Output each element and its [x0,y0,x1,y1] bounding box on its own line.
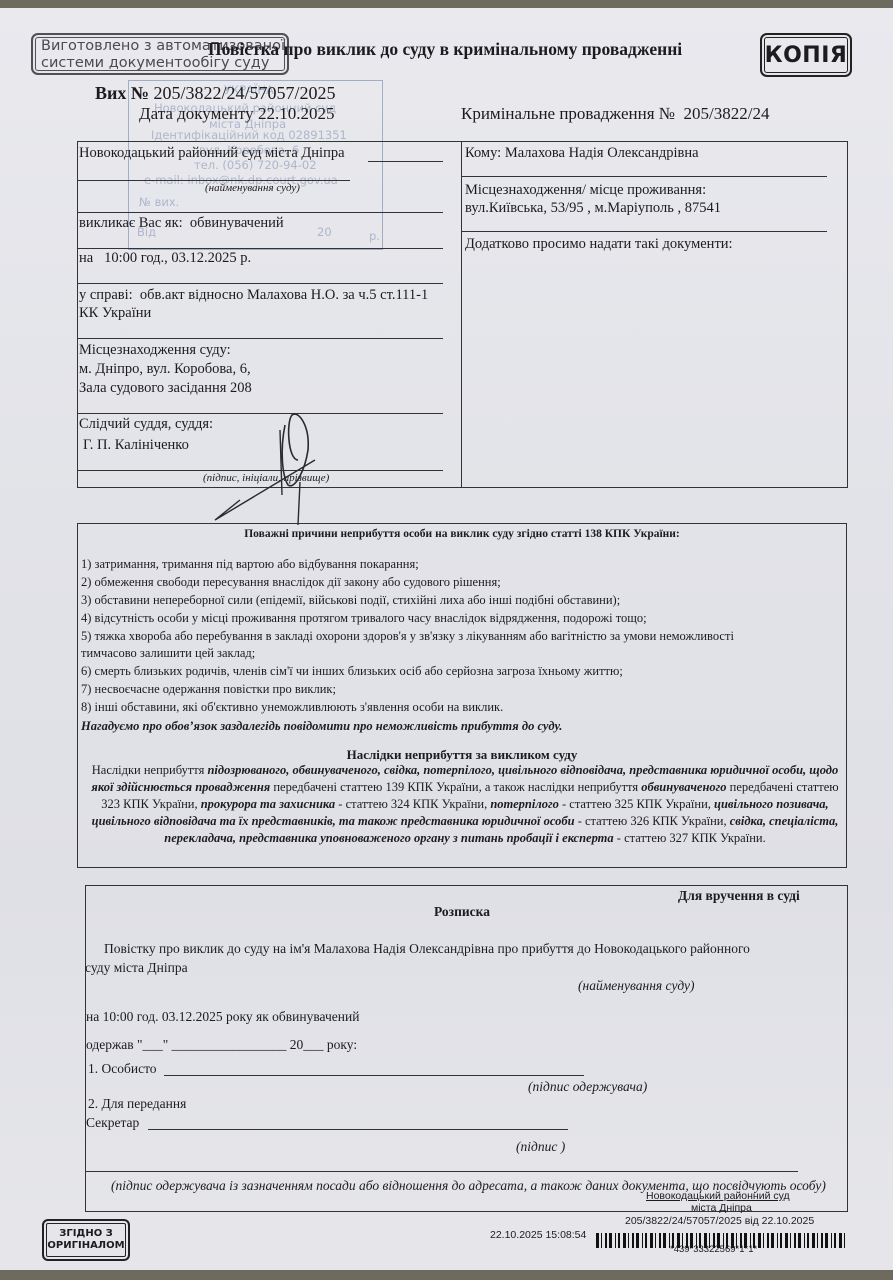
recipient-box: Кому: Малахова Надія Олександрівна Місце… [461,141,848,488]
hearing-datetime: на 10:00 год., 03.12.2025 р. [79,250,251,267]
reason-item: 8) інші обставини, які об'єктивно унемож… [81,700,503,715]
footer-court-name: Новокодацький районний суд [646,1190,790,1202]
valid-reasons-section: Поважні причини неприбуття особи на викл… [77,523,847,868]
receipt-line: Повістку про виклик до суду на ім'я Мала… [104,941,750,957]
court-name-caption: (найменування суду) [205,182,300,194]
judge-signature [200,400,340,530]
case-description: у справі: обв.акт відносно Малахова Н.О.… [79,287,428,304]
received-date-field[interactable]: одержав "___" _________________ 20___ ро… [86,1037,357,1053]
reasons-header: Поважні причини неприбуття особи на викл… [78,528,846,540]
consequences-text: Наслідки неприбуття підозрюваного, обвин… [88,762,842,847]
reason-item: 5) тяжка хвороба або перебування в закла… [81,629,734,644]
judge-name: Г. П. Калініченко [83,437,189,454]
reason-item: тимчасово залишити цей заклад; [81,646,255,661]
receipt-title: Розписка [434,904,490,920]
certified-copy-stamp: ЗГІДНО З ОРИГІНАЛОМ [42,1219,130,1261]
reason-item: 4) відсутність особи у місці проживання … [81,611,647,626]
receipt-section: Для вручення в суді Розписка Повістку пр… [85,885,848,1212]
outgoing-number: Вих № 205/3822/24/57057/2025 [95,83,335,104]
reason-item: 7) несвоєчасне одержання повістки про ви… [81,682,336,697]
reason-item: 3) обставини непереборної сили (епідемії… [81,593,620,608]
for-transfer-label: 2. Для передання [88,1096,186,1112]
secretary-label: Секретар [86,1115,139,1131]
barcode-code: *439*33322569*1*1* [670,1244,757,1255]
document-title: Повістка про виклик до суду в кримінальн… [208,39,682,60]
document-page: Виготовлено з автоматизованої системи до… [0,8,893,1270]
extra-documents-label: Додатково просимо надати такі документи: [465,236,733,253]
residence-address: вул.Київська, 53/95 , м.Маріуполь , 8754… [465,200,721,217]
footer-doc-ref: 205/3822/24/57057/2025 від 22.10.2025 [625,1215,814,1227]
summons-as: викликає Вас як: обвинувачений [79,215,284,232]
court-caption: (найменування суду) [578,978,695,994]
signature-caption: (підпис ) [516,1139,565,1155]
personally-label: 1. Особисто [88,1061,157,1077]
reason-item: 1) затримання, тримання під вартою або в… [81,557,419,572]
receipt-line: суду міста Дніпра [85,960,188,976]
footer-court-city: міста Дніпра [691,1202,752,1214]
footer-timestamp: 22.10.2025 15:08:54 [490,1229,586,1241]
for-delivery-label: Для вручення в суді [678,888,800,904]
reason-item: 6) смерть близьких родичів, членів сім'ї… [81,664,623,679]
reason-item: 2) обмеження свободи пересування внаслід… [81,575,501,590]
court-location-label: Місцезнаходження суду: [79,342,231,359]
judge-label: Слідчий суддя, суддя: [79,416,213,433]
reminder-text: Нагадуємо про обов’язок заздалегідь пові… [81,719,562,734]
court-name: Новокодацький районний суд міста Дніпра [79,145,345,162]
copy-stamp: КОПІЯ [760,33,852,77]
criminal-case-number: Кримінальне провадження № 205/3822/24 [461,104,769,124]
receipt-line: на 10:00 год. 03.12.2025 року як обвинув… [86,1009,359,1025]
consequences-title: Наслідки неприбуття за викликом суду [78,747,846,763]
document-date: Дата документу 22.10.2025 [139,104,334,124]
recipient-signature-caption: (підпис одержувача) [528,1079,647,1095]
residence-label: Місцезнаходження/ місце проживання: [465,182,706,199]
recipient-name: Кому: Малахова Надія Олександрівна [465,145,699,162]
